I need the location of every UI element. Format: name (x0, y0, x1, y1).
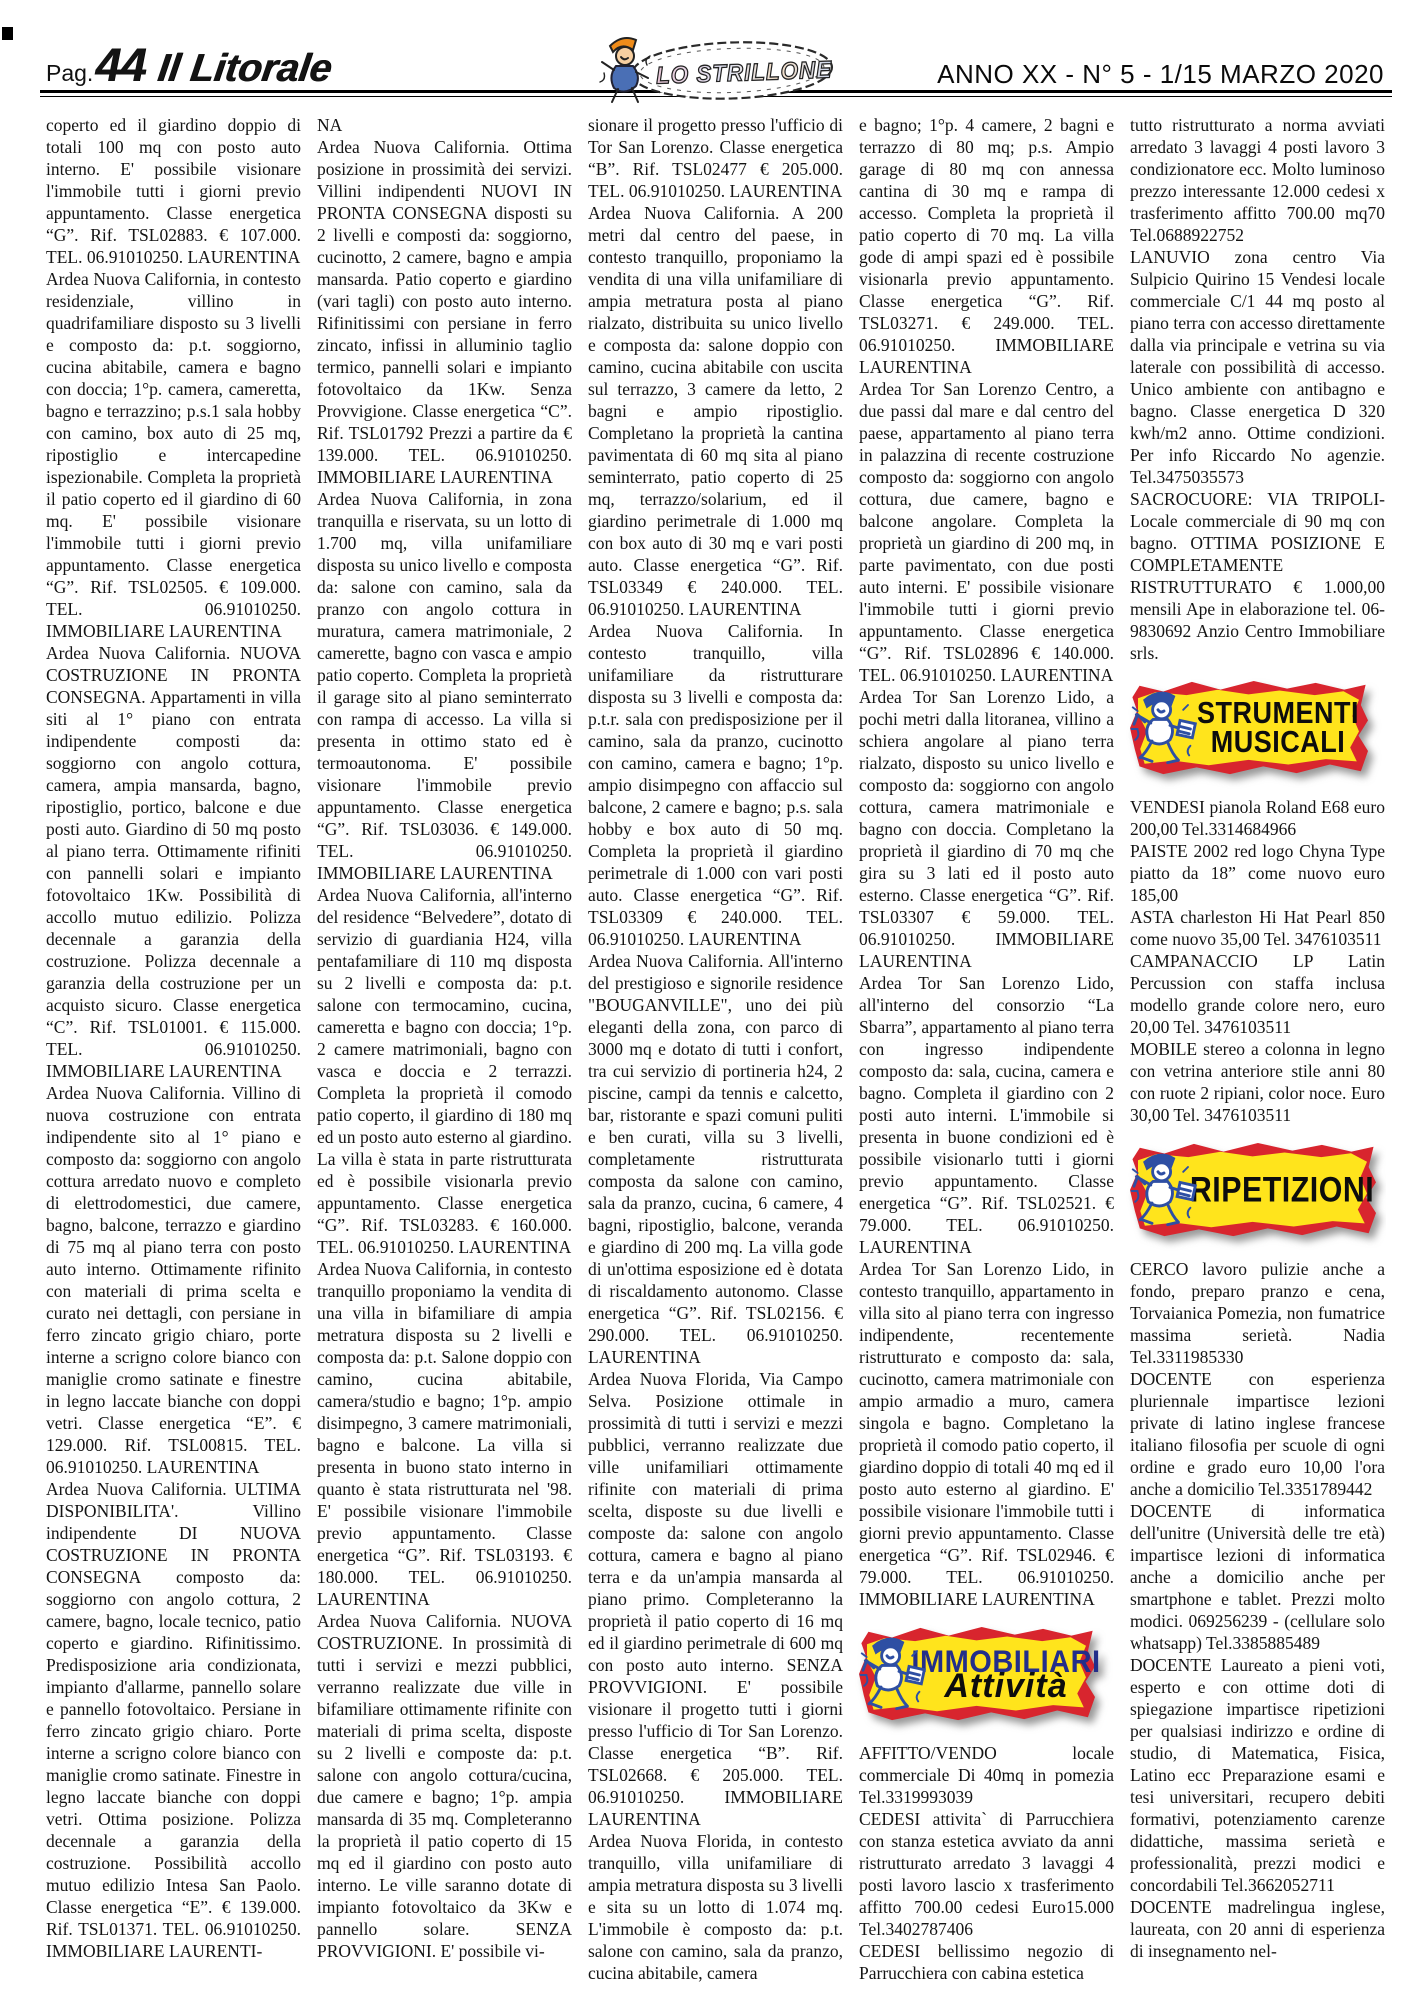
classified-ad: NA (317, 114, 572, 136)
classified-ad: MOBILE stereo a colonna in legno con vet… (1130, 1038, 1385, 1126)
masthead-title: Il Litorale (155, 47, 335, 91)
column-3: sionare il progetto presso l'ufficio di … (588, 114, 843, 2000)
classified-ad: CERCO lavoro pulizie anche a fondo, prep… (1130, 1258, 1385, 1368)
classified-ad: coperto ed il giardino doppio di totali … (46, 114, 301, 268)
badge-title-line2: MUSICALI (1211, 726, 1346, 758)
column-2: NA Ardea Nuova California. Ottima posizi… (317, 114, 572, 2000)
page-header: Pag. 44 Il Litorale (0, 0, 1420, 100)
town-crier-cartoon-icon (1128, 685, 1200, 773)
classified-ad: tutto ristrutturato a norma avviati arre… (1130, 114, 1385, 246)
issue-info: ANNO XX - N° 5 - 1/15 MARZO 2020 (937, 59, 1384, 90)
newsboy-icon: LO STRILLONE (592, 26, 842, 112)
column-4: e bagno; 1°p. 4 camere, 2 bagni e terraz… (859, 114, 1114, 2000)
classified-ad: LANUVIO zona centro Via Sulpicio Quirino… (1130, 246, 1385, 488)
classified-ad: Ardea Tor San Lorenzo Lido, a pochi metr… (859, 686, 1114, 972)
classified-ad: DOCENTE Laureato a pieni voti, esperto e… (1130, 1654, 1385, 1896)
classified-ad: CEDESI bellissimo negozio di Parrucchier… (859, 1940, 1114, 1984)
classified-ad: Ardea Nuova California, in zona tranquil… (317, 488, 572, 884)
classified-ad: AFFITTO/VENDO locale commerciale Di 40mq… (859, 1742, 1114, 1808)
classified-ad: VENDESI pianola Roland E68 euro 200,00 T… (1130, 796, 1385, 840)
town-crier-cartoon-icon (1128, 1147, 1200, 1235)
classified-ad: e bagno; 1°p. 4 camere, 2 bagni e terraz… (859, 114, 1114, 378)
classified-ad: Ardea Nuova California, in contesto resi… (46, 268, 301, 642)
badge-title: IMMOBILIARI (911, 1650, 1100, 1674)
town-crier-cartoon-icon (857, 1631, 929, 1719)
classified-ad: ASTA charleston Hi Hat Pearl 850 come nu… (1130, 906, 1385, 950)
classified-ad: CEDESI attivita` di Parrucchiera con sta… (859, 1808, 1114, 1940)
classified-ad: Ardea Nuova California. Ottima posizione… (317, 136, 572, 488)
classified-ad: PAISTE 2002 red logo Chyna Type piatto d… (1130, 840, 1385, 906)
classified-ad: Ardea Nuova California. All'interno del … (588, 950, 843, 1368)
classified-ad: Ardea Nuova California. NUOVA COSTRUZION… (317, 1610, 572, 1962)
classified-ad: SACROCUORE: VIA TRIPOLI- Locale commerci… (1130, 488, 1385, 664)
page-label: Pag. (46, 60, 93, 87)
classified-ad: Ardea Nuova California, in contesto tran… (317, 1258, 572, 1610)
lo-strillone-logo: LO STRILLONE (592, 26, 842, 112)
column-1: coperto ed il giardino doppio di totali … (46, 114, 301, 2000)
badge-immobiliari-attivita: IMMOBILIARI Attività (859, 1626, 1095, 1722)
newspaper-page: { "header": { "pag_label": "Pag.", "page… (0, 0, 1420, 2000)
classified-ad: DOCENTE madrelingua inglese, laureata, c… (1130, 1896, 1385, 1962)
classified-ad: Ardea Nuova California. A 200 metri dal … (588, 202, 843, 620)
page-number: 44 (95, 37, 145, 92)
classified-ad: Ardea Tor San Lorenzo Lido, all'interno … (859, 972, 1114, 1258)
classified-ad: DOCENTE con esperienza pluriennale impar… (1130, 1368, 1385, 1500)
classified-ad: Ardea Nuova California, all'interno del … (317, 884, 572, 1258)
badge-title: RIPETIZIONI (1190, 1177, 1374, 1202)
classified-ad: Ardea Nuova California. NUOVA COSTRUZION… (46, 642, 301, 1082)
column-5: tutto ristrutturato a norma avviati arre… (1130, 114, 1385, 2000)
classified-ad: Ardea Nuova Florida, Via Campo Selva. Po… (588, 1368, 843, 1830)
badge-strumenti-musicali: STRUMENTI MUSICALI (1130, 680, 1368, 776)
classified-ad: CAMPANACCIO LP Latin Percussion con staf… (1130, 950, 1385, 1038)
classified-ad: DOCENTE di informatica dell'unitre (Univ… (1130, 1500, 1385, 1654)
classified-ad: sionare il progetto presso l'ufficio di … (588, 114, 843, 202)
masthead: Pag. 44 Il Litorale (46, 37, 331, 92)
classified-ad: Ardea Tor San Lorenzo Lido, in contesto … (859, 1258, 1114, 1610)
badge-ripetizioni: RIPETIZIONI (1130, 1142, 1376, 1238)
classified-ad: Ardea Nuova California. In contesto tran… (588, 620, 843, 950)
classified-ad: Ardea Nuova Florida, in contesto tranqui… (588, 1830, 843, 1984)
classifieds-region: coperto ed il giardino doppio di totali … (46, 114, 1386, 2000)
classified-ad: Ardea Nuova California. ULTIMA DISPONIBI… (46, 1478, 301, 1962)
classified-ad: Ardea Nuova California. Villino di nuova… (46, 1082, 301, 1478)
classified-ad: Ardea Tor San Lorenzo Centro, a due pass… (859, 378, 1114, 686)
